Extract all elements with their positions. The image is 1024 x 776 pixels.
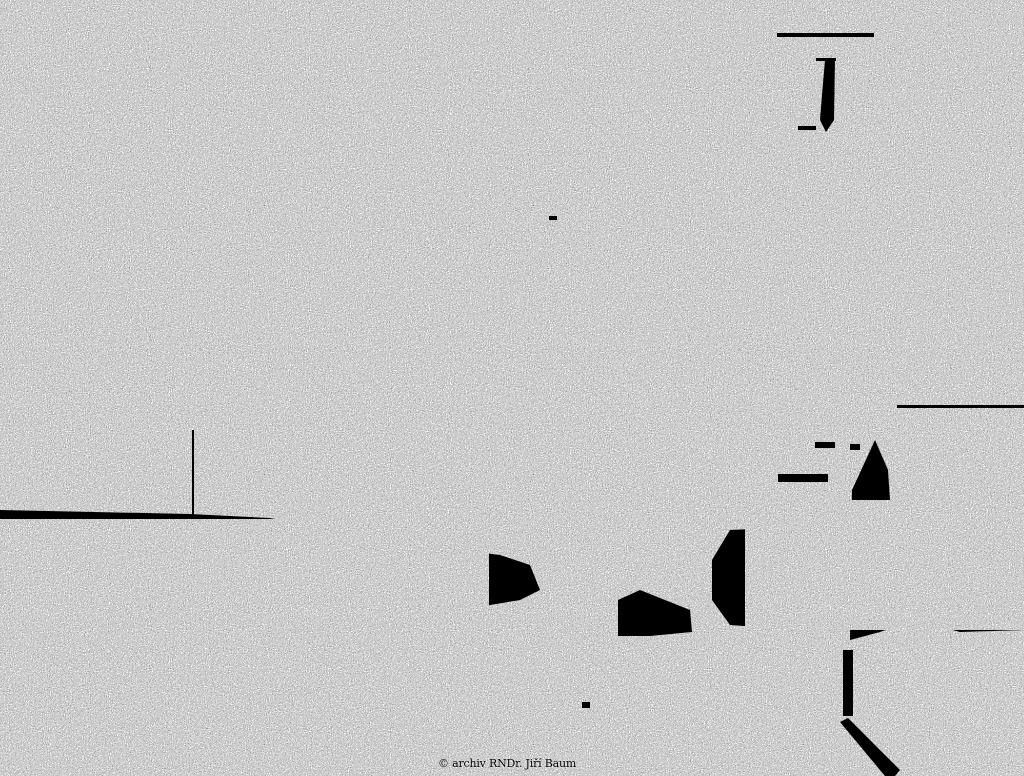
street-scene-image — [0, 0, 1024, 776]
photograph: © archiv RNDr. Jiří Baum — [0, 0, 1024, 776]
photo-credit-caption: © archiv RNDr. Jiří Baum — [438, 757, 576, 770]
noise-texture — [0, 0, 1024, 776]
